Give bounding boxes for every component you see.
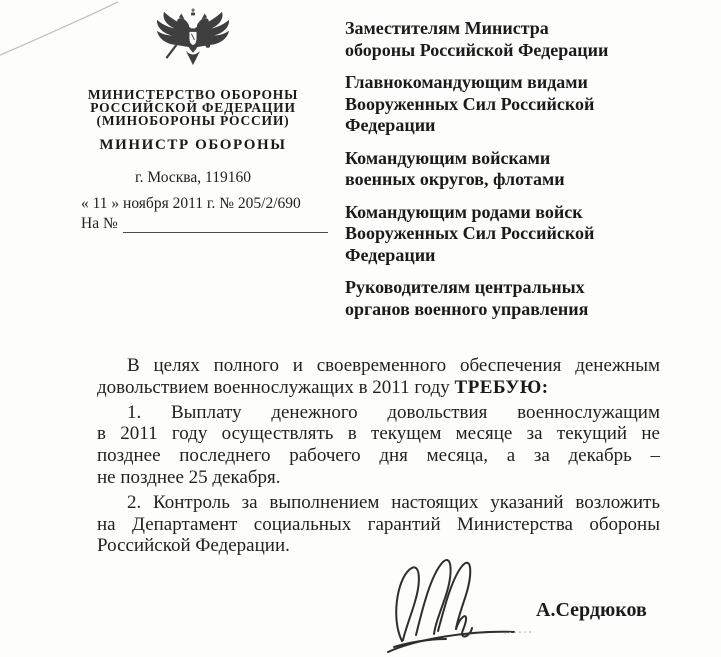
addressee-commanders-in-chief: Главнокомандующим видами Вооруженных Сил… xyxy=(345,72,675,137)
reference-line: На № xyxy=(56,215,330,233)
body-line: 1. Выплату денежного довольствия военнос… xyxy=(97,402,660,424)
addressee-line: Вооруженных Сил Российской xyxy=(345,223,675,245)
addressee-line: органов военного управления xyxy=(345,299,675,321)
signer-name: А.Сердюков xyxy=(536,599,647,622)
body-line: Российской Федерации. xyxy=(97,535,660,557)
addressee-branch-commanders: Командующим родами войск Вооруженных Сил… xyxy=(345,202,675,267)
addressee-line: Вооруженных Сил Российской xyxy=(345,94,675,116)
addressee-line: военных округов, флотами xyxy=(345,169,675,191)
coat-of-arms-emblem xyxy=(149,8,237,80)
scanned-letter-page: МИНИСТЕРСТВО ОБОРОНЫ РОССИЙСКОЙ ФЕДЕРАЦИ… xyxy=(0,0,721,657)
body-text: довольствием военнослужащих в 2011 году xyxy=(97,377,455,398)
letterhead: МИНИСТЕРСТВО ОБОРОНЫ РОССИЙСКОЙ ФЕДЕРАЦИ… xyxy=(56,8,330,233)
body-line: 2. Контроль за выполнением настоящих ука… xyxy=(97,492,660,514)
body-line: не позднее 25 декабря. xyxy=(97,467,660,489)
handwritten-signature xyxy=(386,551,536,656)
addressee-line: Руководителям центральных xyxy=(345,277,675,299)
addressee-line: Заместителям Министра xyxy=(345,18,675,40)
addressee-line: Командующим родами войск xyxy=(345,202,675,224)
addressee-line: обороны Российской Федерации xyxy=(345,40,675,62)
addressee-list: Заместителям Министра обороны Российской… xyxy=(345,18,675,331)
body-line: на Департамент социальных гарантий Минис… xyxy=(97,514,660,536)
demand-keyword: ТРЕБУЮ: xyxy=(455,377,549,398)
date-number-line: « 11 » ноября 2011 г. № 205/2/690 xyxy=(56,195,330,213)
addressee-line: Федерации xyxy=(345,245,675,267)
body-line: В целях полного и своевременного обеспеч… xyxy=(97,355,660,377)
ministry-name-line3: (МИНОБОРОНЫ РОССИИ) xyxy=(56,115,330,128)
city-postcode-line: г. Москва, 119160 xyxy=(56,169,330,187)
minister-title: МИНИСТР ОБОРОНЫ xyxy=(56,137,330,154)
addressee-central-bodies: Руководителям центральных органов военно… xyxy=(345,277,675,320)
body-line: в 2011 году осуществлять в текущем месяц… xyxy=(97,423,660,445)
addressee-line: Главнокомандующим видами xyxy=(345,72,675,94)
reference-prefix: На № xyxy=(81,215,118,233)
body-line: позднее последнего рабочего дня месяца, … xyxy=(97,445,660,467)
addressee-line: Федерации xyxy=(345,115,675,137)
addressee-deputies: Заместителям Министра обороны Российской… xyxy=(345,18,675,61)
addressee-line: Командующим войсками xyxy=(345,148,675,170)
body-line: довольствием военнослужащих в 2011 году … xyxy=(97,377,660,399)
letter-body: В целях полного и своевременного обеспеч… xyxy=(97,352,660,557)
reference-blank-underline xyxy=(123,217,328,233)
ministry-name: МИНИСТЕРСТВО ОБОРОНЫ РОССИЙСКОЙ ФЕДЕРАЦИ… xyxy=(56,89,330,127)
addressee-district-commanders: Командующим войсками военных округов, фл… xyxy=(345,148,675,191)
